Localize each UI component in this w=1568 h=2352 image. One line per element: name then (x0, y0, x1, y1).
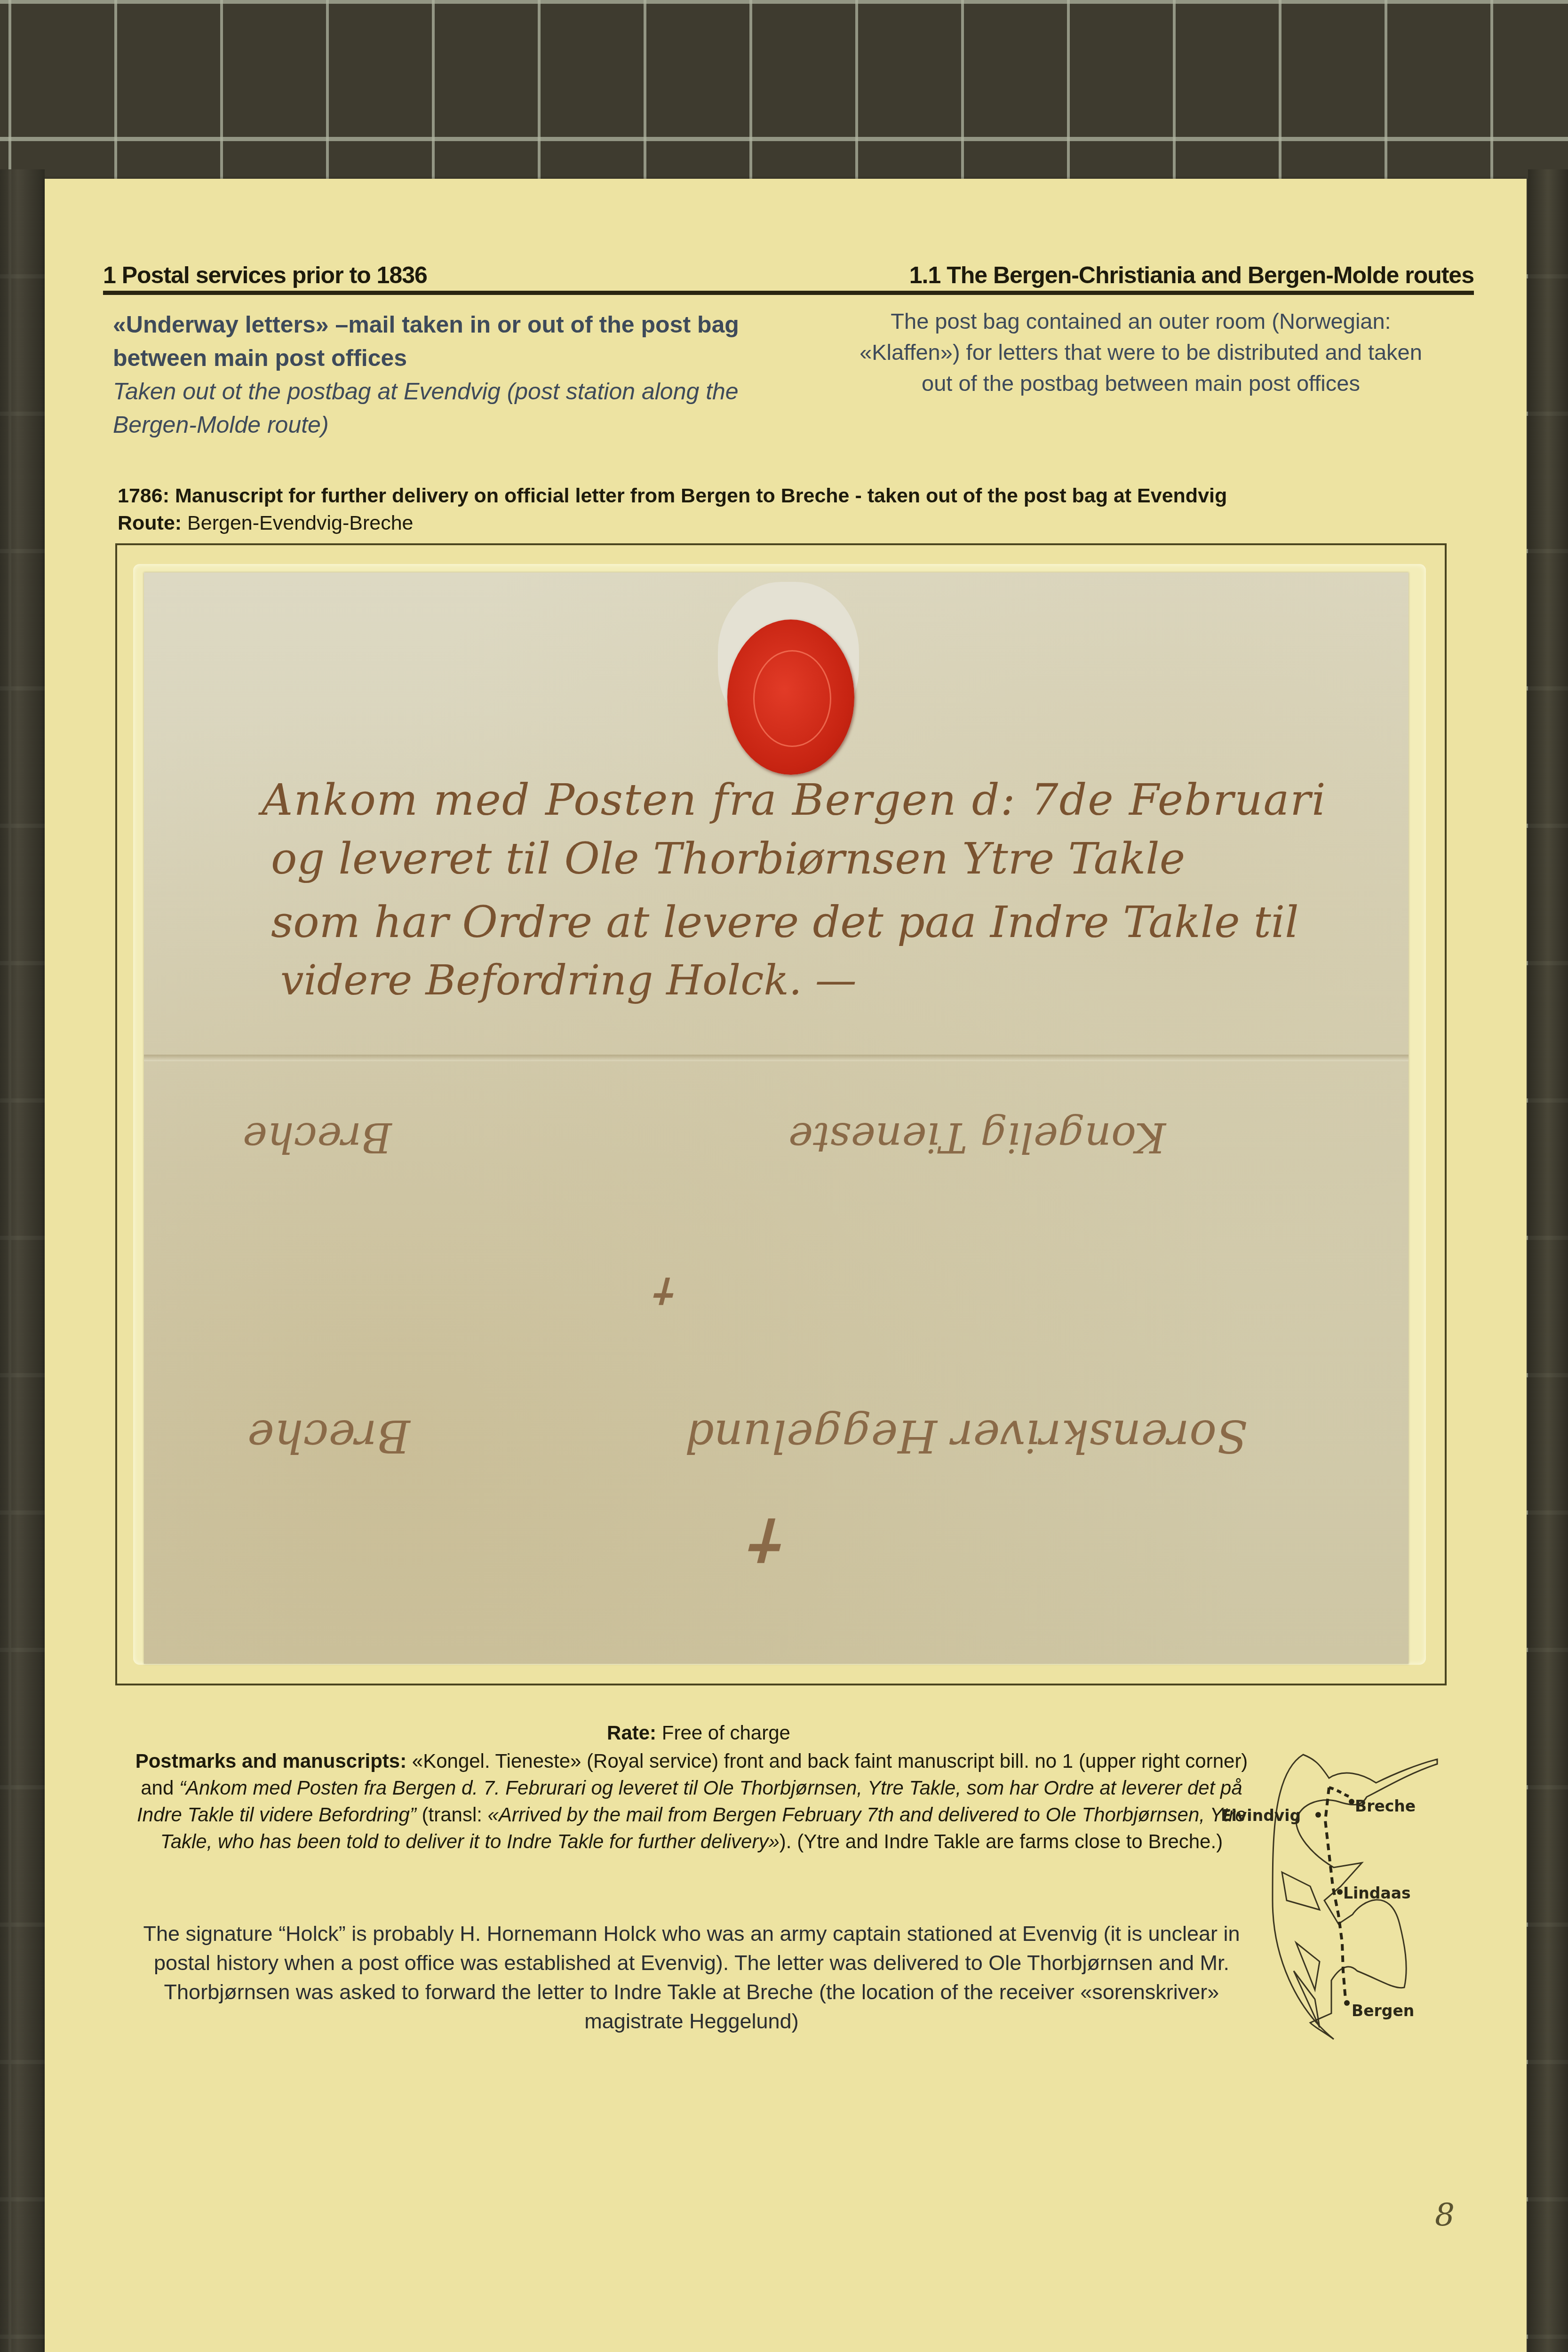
intro-right-line2: «Klaffen») for letters that were to be d… (844, 337, 1437, 368)
route-map: Eivindvig Breche Lindaas Bergen (1202, 1745, 1465, 2056)
letter-image: Ankom med Posten fra Bergen d: 7de Febru… (144, 572, 1409, 1664)
intro-title-line1: «Underway letters» –mail taken in or out… (113, 308, 819, 342)
manuscript-line: videre Befordring Holck. — (280, 956, 857, 1004)
map-label-eivindvig: Eivindvig (1221, 1806, 1301, 1825)
rate-value: Free of charge (662, 1722, 790, 1744)
intro-right-line1: The post bag contained an outer room (No… (844, 306, 1437, 337)
handwritten-mark: ✝ (746, 1504, 797, 1575)
manuscript-line: og leveret til Ole Thorbiørnsen Ytre Tak… (271, 834, 1185, 884)
address-line: Sorenskriver Heggelund (685, 1410, 1248, 1462)
intro-left: «Underway letters» –mail taken in or out… (113, 308, 819, 442)
route-label: Route: (118, 512, 182, 534)
binder-edge-left (0, 169, 45, 2352)
map-label-lindaas: Lindaas (1343, 1884, 1411, 1902)
binder-edge-right (1528, 169, 1568, 2352)
address-line: Breche (243, 1113, 392, 1162)
letter-fold (144, 1055, 1409, 1061)
coastline-map-icon (1202, 1745, 1465, 2056)
caption-year: 1786: (118, 485, 169, 507)
address-line: Kongelig Tieneste (788, 1113, 1166, 1162)
postmarks-label: Postmarks and manuscripts: (135, 1750, 407, 1772)
page-number: 8 (1435, 2197, 1455, 2233)
page-header: 1 Postal services prior to 1836 1.1 The … (103, 259, 1474, 295)
map-label-bergen: Bergen (1352, 2002, 1414, 2020)
intro-right-line3: out of the postbag between main post off… (844, 368, 1437, 399)
postmarks-paragraph: Postmarks and manuscripts: «Kongel. Tien… (134, 1748, 1249, 1855)
rate-line: Rate: Free of charge (45, 1722, 1353, 1744)
signature-note: The signature “Holck” is probably H. Hor… (134, 1919, 1249, 2036)
rate-label: Rate: (607, 1722, 656, 1744)
letter-frame: Ankom med Posten fra Bergen d: 7de Febru… (115, 543, 1447, 1685)
map-label-breche: Breche (1355, 1797, 1416, 1815)
route-value: Bergen-Evendvig-Breche (187, 512, 413, 534)
handwritten-mark: ✝ (652, 1269, 684, 1312)
exhibit-page: 1 Postal services prior to 1836 1.1 The … (45, 179, 1527, 2352)
wax-seal-icon (713, 601, 873, 779)
item-caption: 1786: Manuscript for further delivery on… (118, 482, 1482, 537)
caption-description: Manuscript for further delivery on offic… (175, 485, 1227, 507)
manuscript-line: som har Ordre at levere det paa Indre Ta… (271, 897, 1299, 947)
address-line: Breche (247, 1410, 410, 1462)
intro-right: The post bag contained an outer room (No… (844, 306, 1437, 399)
intro-title-line2: between main post offices (113, 342, 819, 375)
subsection-title: 1.1 The Bergen-Christiania and Bergen-Mo… (909, 262, 1474, 289)
manuscript-line: Ankom med Posten fra Bergen d: 7de Febru… (262, 775, 1327, 825)
intro-subtitle-line1: Taken out ot the postbag at Evendvig (po… (113, 375, 819, 408)
section-title: 1 Postal services prior to 1836 (103, 262, 427, 289)
intro-subtitle-line2: Bergen-Molde route) (113, 408, 819, 442)
